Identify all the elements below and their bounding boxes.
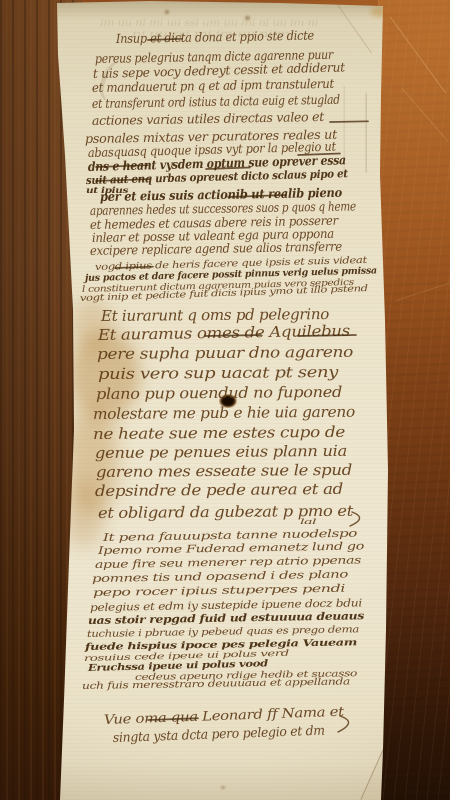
manuscript-line: vogd ipius de heris facere que ipsis et …	[95, 255, 368, 273]
manuscript-line: Insup et dicta dona et ppio ste dicte	[115, 28, 314, 46]
manuscript-line: per et eius suis actionib ut realib pien…	[100, 185, 342, 204]
strikethrough-stroke	[148, 718, 198, 720]
paper-crease	[365, 93, 366, 173]
manuscript-line: tuchusie i pbruae iy pebeud quas es preg…	[87, 624, 360, 640]
paper-stain	[221, 786, 225, 789]
manuscript-line: excipere replicare agend sue alios trans…	[90, 239, 342, 258]
strikethrough-stroke	[148, 39, 182, 40]
manuscript-line: pere supha puuar dno agareno	[97, 343, 353, 363]
ghost-text: (	[94, 49, 120, 105]
manuscript-line: uch fuis meresstraro deuuuaua et appella…	[82, 676, 351, 692]
manuscript-line: ut ipius	[86, 185, 129, 195]
strikethrough-stroke	[228, 195, 286, 197]
manuscript-line: gareno mes esseate sue le spud	[96, 461, 352, 481]
paper-stain	[245, 16, 250, 20]
manuscript-line: depsindre de pede aurea et ad	[95, 480, 343, 500]
paper-crease	[343, 86, 344, 176]
manuscript-line: pomnes tis und opasend i des plano	[92, 569, 348, 585]
manuscript-line: suit aut enq urbas opreuest dicto sclaus…	[86, 167, 348, 187]
manuscript-line: aparennes hedes ut successores suos p qu…	[90, 198, 356, 218]
manuscript-line: pereus pelegrius tanqm dicte agarenne pu…	[95, 47, 334, 66]
worm-hole	[219, 394, 237, 408]
manuscript-line: dns e heant vysdem optum sue oprever ess…	[88, 152, 346, 174]
manuscript-line: actiones varias utiles directas valeo et	[92, 109, 325, 128]
manuscript-line: apue fire seu menerer rep atrio ppenas	[95, 554, 362, 571]
ink-flourish	[350, 512, 360, 526]
manuscript-line: fuede hispius ipoce pes pelegia Vaueam	[84, 637, 358, 653]
manuscript-line: abasquasq quoque ipsas vyt por la pelegi…	[88, 138, 337, 160]
manuscript-line: vogt inip et pedicte fuit dicis ipius ym…	[80, 284, 369, 304]
manuscript-line: cedeus apeuno rdige hedib et sucasso	[135, 669, 358, 683]
manuscript-line: rosuius cede ipeue ui polus verd	[84, 649, 291, 664]
manuscript-line: inlear et posse ut valeant ega pura oppo…	[92, 226, 334, 245]
manuscript-line: pelegius et edm iy sustepide ipuene docz…	[90, 597, 362, 614]
paper-stain	[70, 330, 140, 420]
manuscript-line: et hemedes et causas abere reis in posse…	[90, 213, 339, 232]
ghost-text: ni uu ssi mi im uu ni mi	[132, 30, 295, 40]
manuscript-line: pepo rocer ipius stuperpes pendi	[93, 583, 345, 599]
manuscript-line: jus pactos et dare facere possit pinnus …	[83, 265, 377, 284]
manuscript-line: et mandauerut pn q et ad ipm transtuleru…	[92, 76, 335, 95]
manuscript-line: et transferunt ord istius ta dicta euig …	[92, 92, 340, 111]
strikethrough-stroke	[115, 267, 153, 268]
manuscript-line: ne heate sue me estes cupo de	[93, 423, 346, 443]
strikethrough-stroke	[298, 154, 340, 155]
manuscript-line: It pena fauuupsta tanne nuodelspo	[101, 528, 357, 544]
manuscript-line: et obligard da gubezat p pmo et	[98, 502, 355, 522]
manuscript-line: molestare me pub e hie uia gareno	[93, 403, 355, 423]
wood-grain-right	[378, 0, 450, 800]
manuscript-line: Eruchssa ipeue ui polus vood	[87, 658, 269, 674]
manuscript-line: lal	[300, 518, 316, 526]
strikethrough-stroke	[96, 179, 150, 181]
strikethrough-stroke	[96, 165, 148, 167]
strikethrough-stroke	[330, 121, 368, 122]
paper-crease	[335, 2, 372, 54]
manuscript-line: plano pup ouendud no fuponed	[96, 383, 342, 403]
manuscript-line: genue pe penues eius plann uia	[95, 442, 347, 462]
manuscript-line: Vue oma qua Leonard ff Nama et	[104, 705, 346, 728]
manuscript-line: t uis sepe vocy dedreyt cessit et addide…	[93, 59, 347, 81]
manuscript-line: singta ysta dcta pero pelegio et dm	[113, 724, 325, 746]
manuscript-line: Et auramus omes de Aquilebus	[97, 322, 351, 344]
strikethrough-stroke	[206, 167, 250, 169]
paper-stain	[72, 298, 112, 353]
strikethrough-stroke	[298, 335, 356, 336]
strikethrough-stroke	[205, 335, 261, 336]
ghost-text: im uu ni mi uu ssi um uu mi ni uu im ni	[100, 18, 318, 29]
manuscript-line: l constituerunt dictum agarenum puias ve…	[82, 278, 355, 295]
manuscript-line: uas stoir repgad fuid ud estuuuua deuaus	[88, 610, 365, 627]
manuscript-line: Et iurarunt q oms pd pelegrino	[100, 305, 329, 325]
paper-stain	[165, 10, 169, 14]
manuscript-photo: Insup et dicta dona et ppio ste dicteper…	[0, 0, 450, 800]
ink-flourish	[338, 716, 349, 732]
manuscript-line: Ipemo rome Fuderad emanetz lund go	[96, 540, 364, 557]
manuscript-line: psonales mixtas ver pcuratores reales ut	[85, 127, 339, 146]
manuscript-line: puis vero sup uacat pt seny	[98, 363, 339, 383]
